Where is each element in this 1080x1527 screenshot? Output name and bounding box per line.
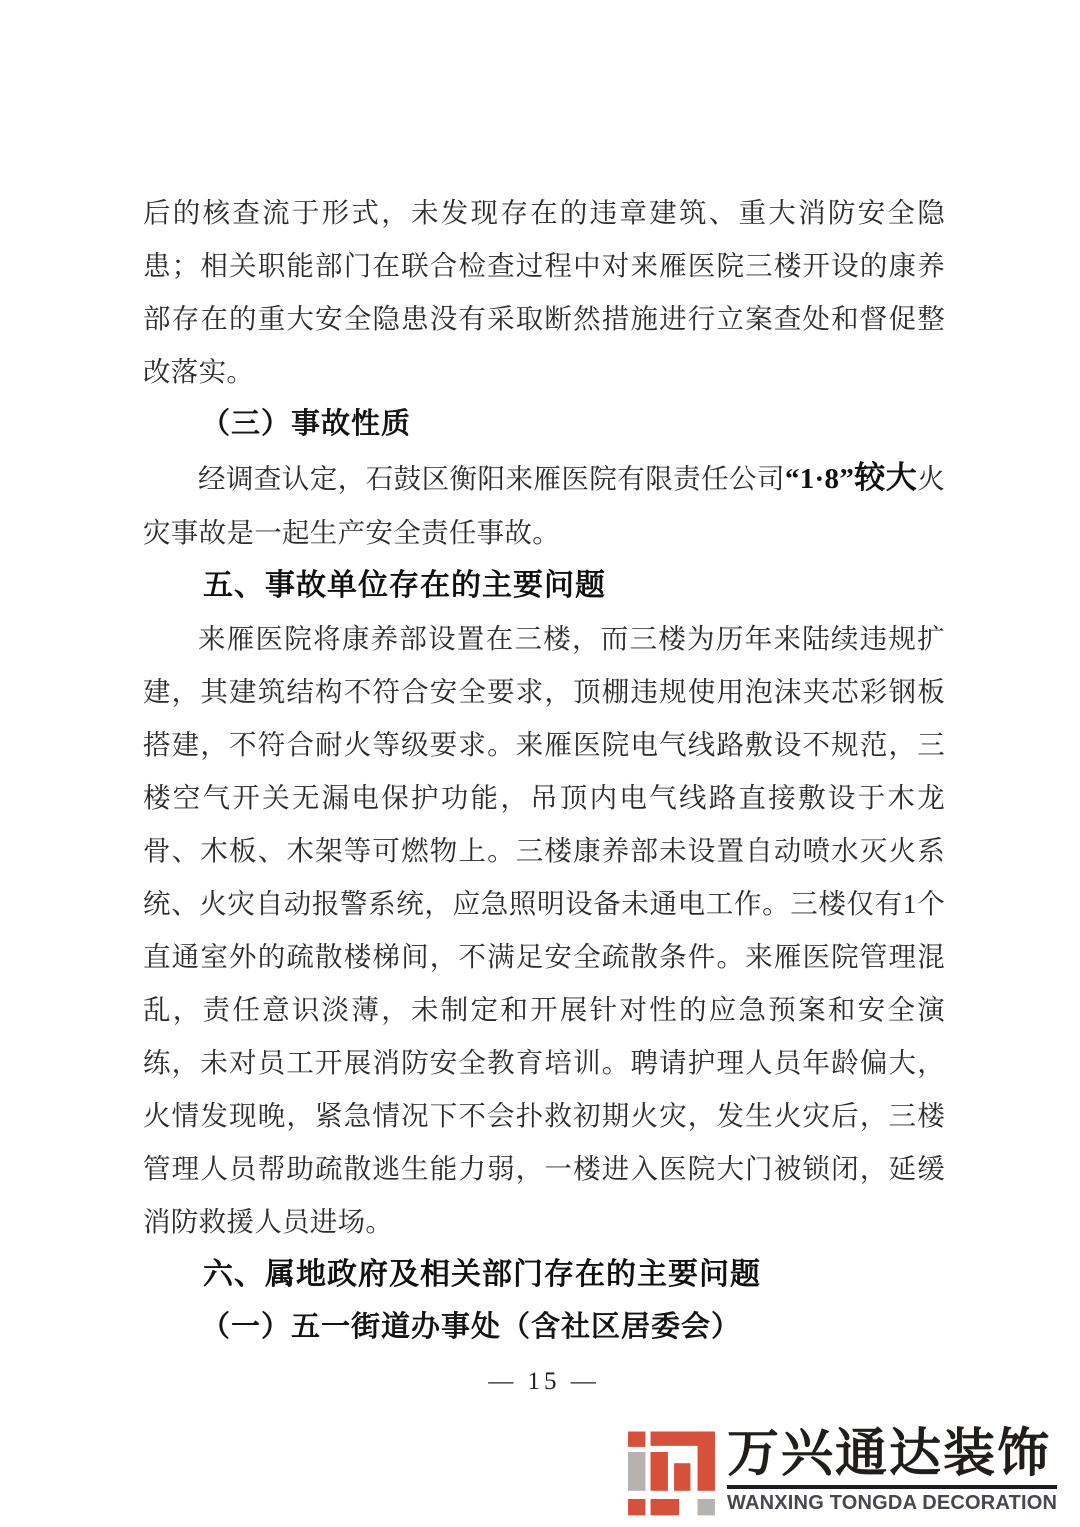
chapter-heading-unit-problems: 五、事故单位存在的主要问题 — [143, 559, 945, 612]
watermark-text-block: 万兴通达装饰 WANXING TONGDA DECORATION — [727, 1426, 1057, 1515]
paragraph-unit-problems: 来雁医院将康养部设置在三楼，而三楼为历年来陆续违规扩建，其建筑结构不符合安全要求… — [143, 612, 945, 1248]
page-number: — 15 — — [143, 1368, 945, 1396]
accident-code-bold: “1·8” — [785, 463, 854, 495]
accident-severity-bold: 较大 — [854, 460, 917, 495]
chapter-heading-government-problems: 六、属地政府及相关部门存在的主要问题 — [143, 1248, 945, 1301]
wanxing-logo-icon — [626, 1429, 718, 1524]
watermark-company-name-en: WANXING TONGDA DECORATION — [727, 1491, 1057, 1515]
watermark-logo: 万兴通达装饰 WANXING TONGDA DECORATION — [626, 1426, 1057, 1524]
document-page: 后的核查流于形式，未发现存在的违章建筑、重大消防安全隐患；相关职能部门在联合检查… — [0, 0, 1080, 1527]
paragraph-accident-nature: 经调查认定，石鼓区衡阳来雁医院有限责任公司“1·8”较大火灾事故是一起生产安全责… — [143, 451, 945, 559]
paragraph-continuation: 后的核查流于形式，未发现存在的违章建筑、重大消防安全隐患；相关职能部门在联合检查… — [143, 186, 945, 398]
report-body: 后的核查流于形式，未发现存在的违章建筑、重大消防安全隐患；相关职能部门在联合检查… — [143, 186, 945, 1354]
paragraph-accident-nature-text: 经调查认定，石鼓区衡阳来雁医院有限责任公司 — [198, 463, 785, 494]
watermark-company-name-cn: 万兴通达装饰 — [727, 1426, 1057, 1489]
section-heading-accident-nature: （三）事故性质 — [143, 398, 945, 451]
section-heading-wuyi-subdistrict: （一）五一街道办事处（含社区居委会） — [143, 1301, 945, 1354]
